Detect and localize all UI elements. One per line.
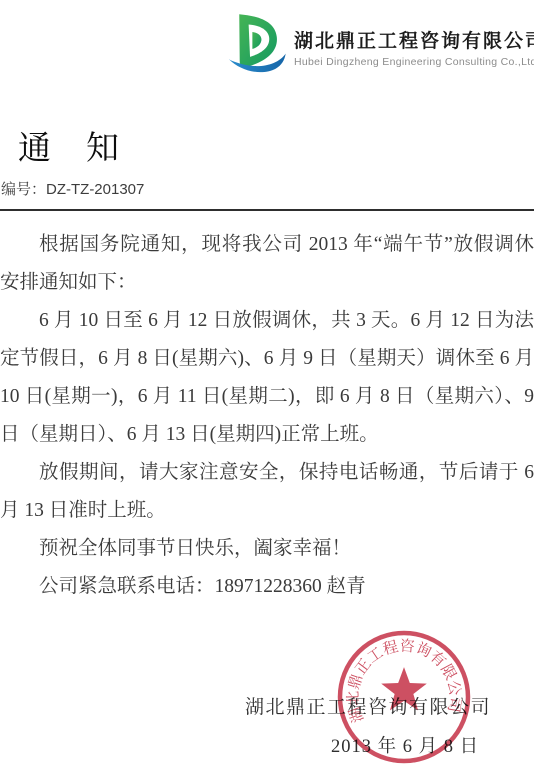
doc-number: 编号：DZ-TZ-201307 [1,178,144,199]
paragraph-wishes: 预祝全体同事节日快乐，阖家幸福！ [0,530,534,568]
header-separator-line [0,209,534,211]
notice-document: 湖北鼎正工程咨询有限公司 Hubei Dingzheng Engineering… [0,0,534,770]
notice-title: 通 知 [18,131,120,167]
notice-body: 根据国务院通知，现将我公司 2013 年“端午节”放假调休安排通知如下： 6 月… [0,226,534,606]
paragraph-intro: 根据国务院通知，现将我公司 2013 年“端午节”放假调休安排通知如下： [0,226,534,302]
company-seal: 湖北鼎正工程咨询有限公司 [334,627,474,767]
paragraph-schedule: 6 月 10 日至 6 月 12 日放假调休，共 3 天。6 月 12 日为法定… [0,302,534,454]
company-name-en: Hubei Dingzheng Engineering Consulting C… [294,56,534,68]
company-name-cn: 湖北鼎正工程咨询有限公司 [294,26,534,53]
seal-star-icon [381,667,427,710]
paragraph-safety: 放假期间，请大家注意安全，保持电话畅通，节后请于 6 月 13 日准时上班。 [0,454,534,530]
company-logo-icon [228,12,288,82]
paragraph-contact: 公司紧急联系电话：18971228360 赵青 [0,568,534,606]
company-header: 湖北鼎正工程咨询有限公司 Hubei Dingzheng Engineering… [228,12,534,82]
company-names: 湖北鼎正工程咨询有限公司 Hubei Dingzheng Engineering… [294,26,534,68]
